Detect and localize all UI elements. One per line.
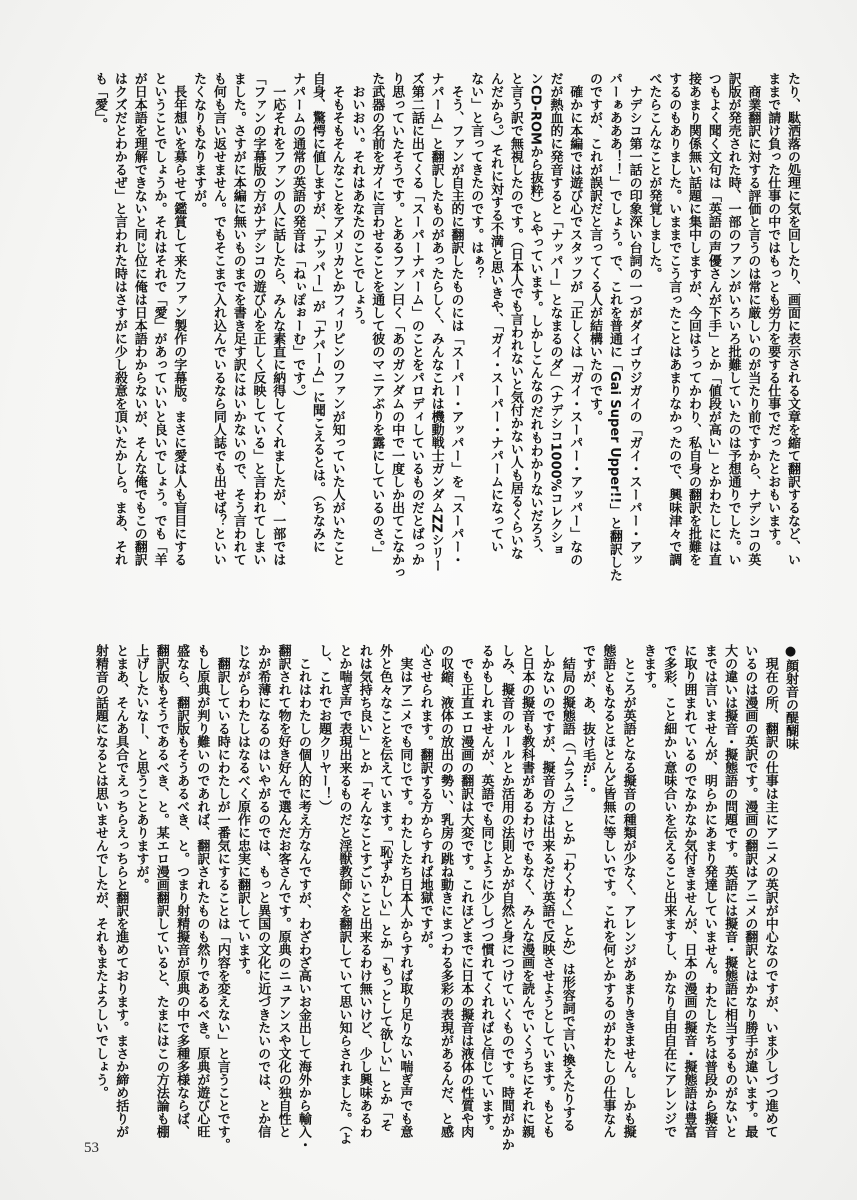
text-column: 大の違いは擬音・擬態語の問題です。英語には擬音・擬態語に相当するものがないと <box>719 644 739 1144</box>
text-column: ました。さすがに本編に無いものまでを書き足す訳にはいかないので、そう言われて <box>228 72 248 582</box>
text-column: 態語ともなるとほとんど皆無に等しいです。これを何とかするのがわたしの仕事なん <box>597 644 617 1144</box>
text-column: 「ファンの字幕版の方がナデシコの遊び心を正しく反映している」と言われてしまい <box>248 72 268 582</box>
article-bottom-section: ●顔射音の醍醐味 現在の所、翻訳の仕事は主にアニメの英訳が中心なのですが、いま少… <box>90 644 800 1144</box>
text-column: そもそもそんなことをアメリカとかフィリピンのファンが知っていた人がいたこと <box>327 72 347 582</box>
text-column: しかないのですが、擬音の方は出来るだけ英語で反映させようとしています。もとも <box>536 644 556 1144</box>
text-column: パーぁあああ！！」でしょう。で、これを普通に「Gai Super Upper!!… <box>604 72 624 582</box>
text-column: ナパームの通常の英語の発音は「ねぃぽぉーむ」です。） <box>287 72 307 582</box>
text-column: じながらわたしはなるべく原作に忠実に翻訳しています。 <box>232 644 252 1144</box>
text-column: ところが英語となる擬音の種類が少なく、アレンジがあまりききません。しかも擬 <box>617 644 637 1144</box>
text-column: で多彩、こと細かい意味合いを伝えること出来ますし、かなり自由自在にアレンジで <box>658 644 678 1144</box>
text-column: 翻訳されて物を好き好んで選んだお客さんです。原典のニュアンスや文化の独自性と <box>272 644 292 1144</box>
text-column: 商業翻訳に対する評価と言うのは常に厳しいのが当たり前ですから、ナデシコの英 <box>743 72 763 582</box>
text-column: とまあ、そんあ具合でえっちらえっちらと翻訳を進めております。まさか締め括りが <box>110 644 130 1144</box>
section-heading: ●顔射音の醍醐味 <box>780 644 800 1144</box>
text-column: たり、駄洒落の処理に気を回したり、画面に表示される文章を縮て翻訳するなど、い <box>782 72 802 582</box>
text-column: も何も言い返せません。でもそこまで入れ込んでいるなら同人誌でも出せば？といい <box>208 72 228 582</box>
text-column: いるのは漫画の英訳です。漫画の翻訳はアニメの翻訳とはかなり勝手が違います。最 <box>739 644 759 1144</box>
text-column: 一応それをファンの人に話したら、みんな素直に納得してくれましたが、一部では <box>267 72 287 582</box>
text-column: もし原典が判り難いのであれば、翻訳されたものも然りであるべき。原典が遊び心旺 <box>191 644 211 1144</box>
text-column: ですが、あ、抜け毛が…。 <box>577 644 597 1144</box>
text-column: 確かに本編では遊び心でスタッフが「正しくは「ガイ・スーパー・アッパー」なの <box>564 72 584 582</box>
text-column: はクズだとわかるぜ」と言われた時はさすがに少し殺意を頂いたかしら。まあ、それ <box>109 72 129 582</box>
text-column: り思っていたそうです。とあるファン曰く「あのガンダムの中で一度しか出てこなかっ <box>386 72 406 582</box>
text-column: するのもありました。いままでこう言ったことはあまりなかったので、興味津々で調 <box>663 72 683 582</box>
text-column: そう、ファンが自主的に翻訳したものには「スーパー・アッパー」を「スーパー・ <box>446 72 466 582</box>
text-column: れは気持ち良い」とか「そんなことすごいこと出来るわけ無いけど、少し興味あるわ <box>353 644 373 1144</box>
text-column: べたらこんなことが発覚しました。 <box>644 72 664 582</box>
text-column: ということでしょうか。それはそれで「愛」があっていいと良いでしょう。でも「羊 <box>149 72 169 582</box>
text-column: ない」と言ってきたのです。はぁ？ <box>465 72 485 582</box>
page-number: 53 <box>84 1140 99 1157</box>
text-column: しみ、擬音のルールとか活用の法則とかが自然と身につけていくものです。時間がかか <box>496 644 516 1144</box>
text-column: 盛なら、翻訳版もそうあるべき、と。つまり射精擬音が原典の中で多種多様ならば、 <box>171 644 191 1144</box>
text-column: 接あまり関係無い話題に集中しますが、今回はうってかわり、私自身の翻訳を批難を <box>683 72 703 582</box>
text-column: と言う訳で無視したのです。（日本人でも言われないと気付かない人も居るくらいな <box>505 72 525 582</box>
text-column: 心させられます。翻訳する方からすれば地獄ですが。 <box>414 644 434 1144</box>
text-column: の収縮、液体の放出の勢い、乳房の跳ね動きにまつわる多彩の表現があるんだ、と感 <box>435 644 455 1144</box>
text-column: し、これでお題クリヤー！） <box>313 644 333 1144</box>
text-column: までは言いませんが、明らかにあまり発達していません。わたしたちは普段から擬音 <box>699 644 719 1144</box>
text-column: た武器の名前をガイに言わせることを通して彼のマニアぶりを露にしているのさ。」 <box>366 72 386 582</box>
text-column: だが熱血的に発音すると「ナッパー」となまるのダ」（ナデシコ1000%コレクショ <box>545 72 565 582</box>
text-column: が日本語を理解できないと同じ位に俺は日本語わからないが、そんな俺でもこの翻訳 <box>129 72 149 582</box>
text-column: 外と色々なことを伝えています。「恥ずかしい」とか「もっとして欲しい」とか「そ <box>374 644 394 1144</box>
text-column: に取り囲まれているのでなかなか気付きませんが、日本の漫画の擬音・擬態語は豊富 <box>678 644 698 1144</box>
text-column: 翻訳している時にわたしが一番気にすることは「内容を変えない」と言うことです。 <box>211 644 231 1144</box>
text-column: るかもしれませんが、英語でも同じように少しづつ慣れてくれればと信じています。 <box>475 644 495 1144</box>
text-column: きます。 <box>638 644 658 1144</box>
text-column: ナデシコ第一話の印象深い台詞の一つがダイゴウジガイの「ガイ・スーパー・アッ <box>624 72 644 582</box>
text-column: も「愛」。 <box>89 72 109 582</box>
text-column: これはわたしの個人的に考え方なんですが、わざわざ高いお金出して海外から輸入・ <box>293 644 313 1144</box>
text-column: ズ第二話に出てくる「スーパーナパーム」のことをパロディしているものだとばっか <box>406 72 426 582</box>
text-column: 射精音の話題になるとは思いませんでしたが、それもまたよろしいでしょう。 <box>90 644 110 1144</box>
text-column: 翻訳版もそうであるべき、と。某エロ漫画翻訳していると、たまにはこの方法論も棚 <box>151 644 171 1144</box>
text-column: のですが、これが誤訳だと言ってくる人が結構いたのです。 <box>584 72 604 582</box>
text-column: たくなりもなりますが。 <box>188 72 208 582</box>
text-column: ンCD-ROMから抜粋）とやっています。しかしこんなのだれもわかりないだろう、 <box>525 72 545 582</box>
text-column: と日本の擬音も教科書があるわけでもなく、みんな漫画を読んでいくうちにそれに親 <box>516 644 536 1144</box>
text-column: とか喘ぎ声で表現出来るものだと淫獣教師ぐを翻訳していて思い知らされました。（よ <box>333 644 353 1144</box>
text-column: 上げしたいなー、と思うことありますが。 <box>130 644 150 1144</box>
text-column: 実はアニメでも同じです。わたしたち日本人からすれば取り足りない喘ぎ声でも意 <box>394 644 414 1144</box>
text-column: 現在の所、翻訳の仕事は主にアニメの英訳が中心なのですが、いま少しづつ進めて <box>759 644 779 1144</box>
text-column: 訳版が発売された時、一部のファンがいろいろ批難していたのは予想通りでした。い <box>723 72 743 582</box>
scanned-page: たり、駄洒落の処理に気を回したり、画面に表示される文章を縮て翻訳するなど、い ま… <box>0 0 857 1200</box>
text-column: でも正直エロ漫画の翻訳は大変です。これほどまでに日本の擬音は液体の性質や肉 <box>455 644 475 1144</box>
text-column: 長年想いを募らせて鑑賞して来たファン製作の字幕版。まさに愛は人も盲目にする <box>169 72 189 582</box>
text-column: 結局の擬態語（「ムラムラ」とか「わくわく」とか）は形容詞で言い換えたりする <box>556 644 576 1144</box>
text-column: つもよく聞く文句は「英語の声優さんが下手」とか「値段が高い」とかわたしには直 <box>703 72 723 582</box>
text-column: ままで請け負った仕事の中ではもっとも労力を要する仕事でだったとおもいます。 <box>762 72 782 582</box>
text-column: かが希薄になるのはいやがるのでは、もっと異国の文化に近づきたいのでは、とか信 <box>252 644 272 1144</box>
text-column: ナパーム」と翻訳したものがあったらしく、みんなこれは機動戦士ガンダムZZシリー <box>426 72 446 582</box>
text-column: 自身、驚愕に値しますが、「ナッパー」が「ナパーム」に聞こえるとは。（ちなみに <box>307 72 327 582</box>
article-top-section: たり、駄洒落の処理に気を回したり、画面に表示される文章を縮て翻訳するなど、い ま… <box>89 72 802 582</box>
text-column: んだから。）それに対する不満と思いきや、「ガイ・スーパー・ナパームになってい <box>485 72 505 582</box>
text-column: おいおい。それはあなたのことでしょう。 <box>347 72 367 582</box>
